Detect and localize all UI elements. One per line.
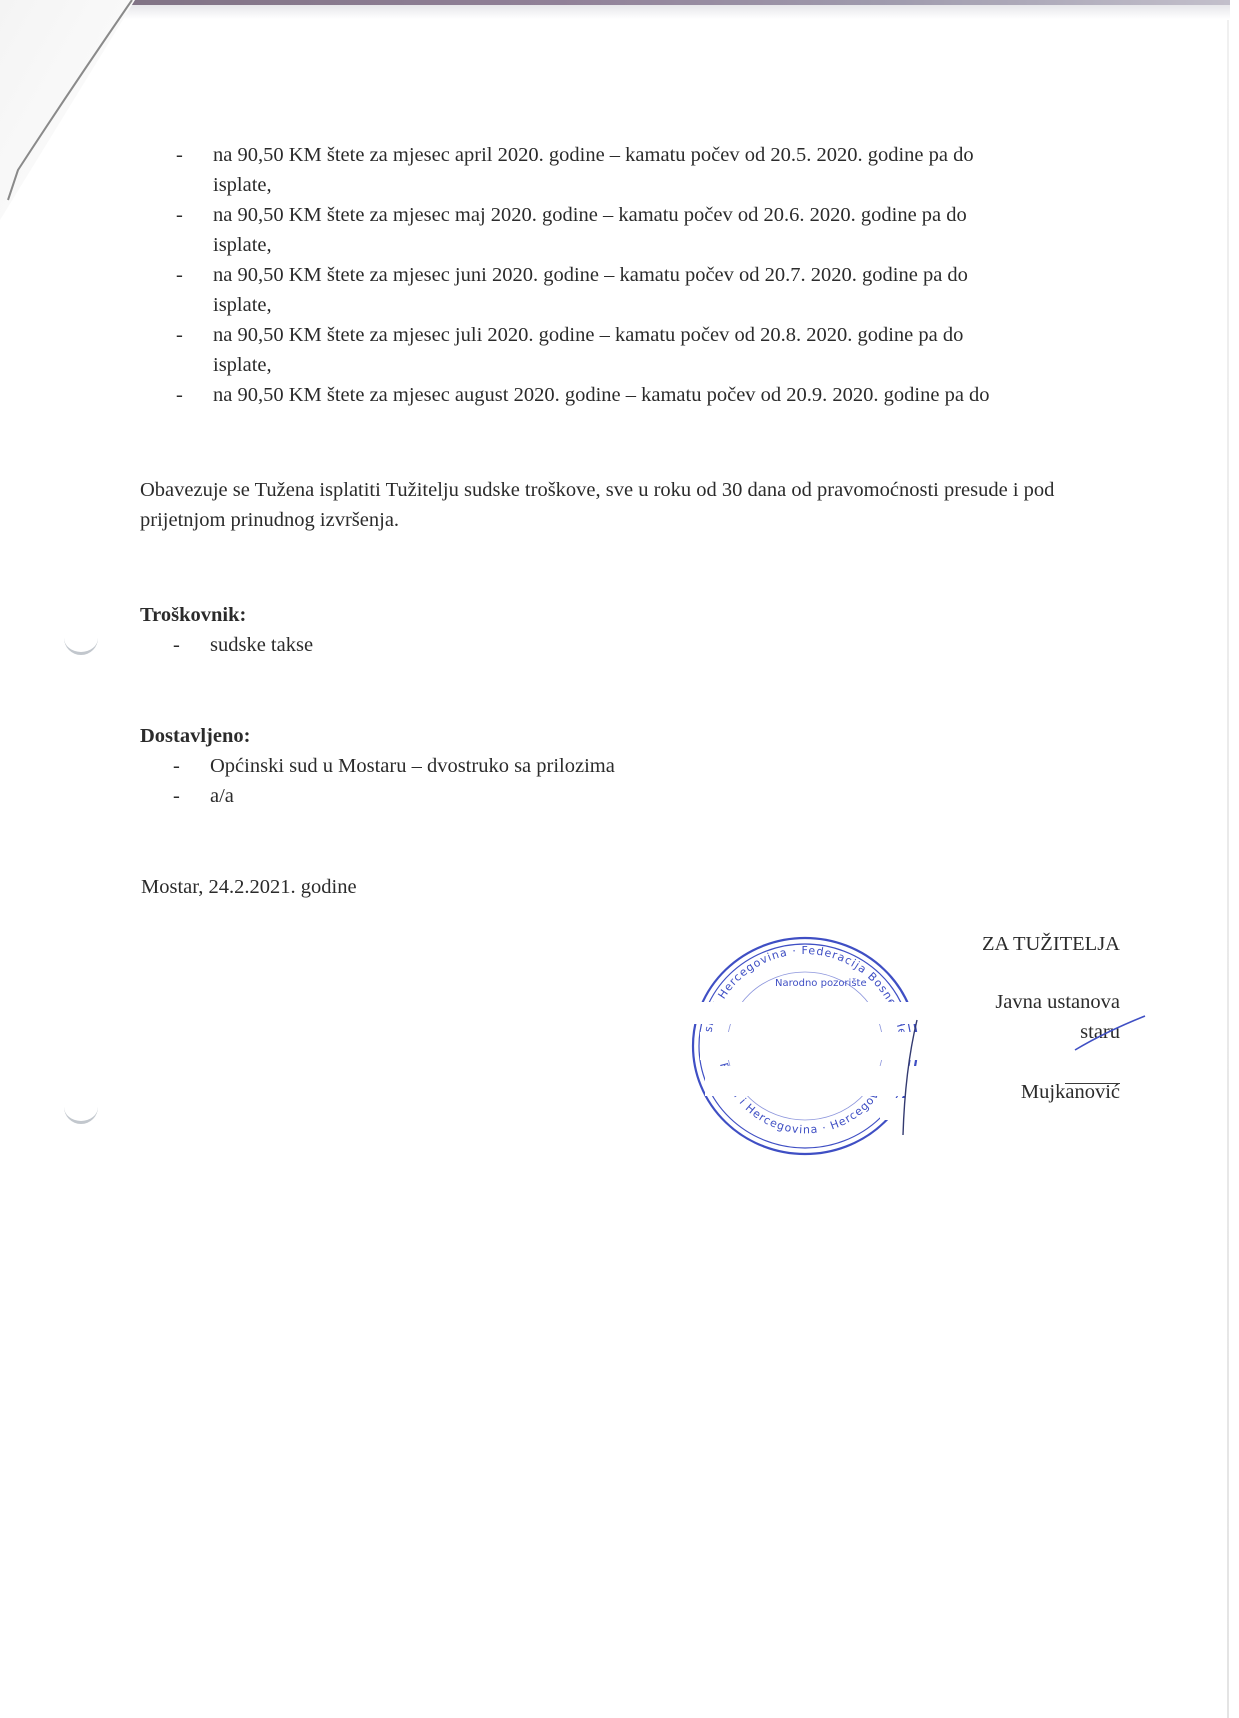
punch-hole — [64, 1105, 98, 1124]
delivered-section: Dostavljeno: - Općinski sud u Mostaru – … — [140, 721, 545, 811]
claim-item: -na 90,50 KM štete za mjesec maj 2020. g… — [213, 200, 990, 260]
claim-text: na 90,50 KM štete za mjesec maj 2020. go… — [213, 200, 990, 230]
signature-title: ZA TUŽITELJA — [965, 929, 1120, 959]
scan-shadow-top — [120, 5, 1230, 19]
redaction — [693, 1002, 993, 1024]
svg-text:Narodno pozorište: Narodno pozorište — [775, 977, 867, 989]
claim-item: -na 90,50 KM štete za mjesec august 2020… — [213, 380, 990, 410]
claim-continuation: isplate, — [213, 170, 990, 200]
list-item: - a/a — [210, 781, 615, 811]
fold-edge-line — [0, 0, 160, 220]
delivered-heading: Dostavljeno: — [140, 721, 545, 751]
delivered-list: - Općinski sud u Mostaru – dvostruko sa … — [210, 751, 615, 811]
claim-continuation: isplate, — [213, 230, 990, 260]
delivered-item: a/a — [210, 785, 234, 807]
dash-bullet: - — [176, 380, 183, 410]
signature-scribble — [1070, 1012, 1150, 1052]
dash-bullet: - — [176, 200, 183, 230]
claims-bullets: -na 90,50 KM štete za mjesec april 2020.… — [213, 140, 990, 410]
list-item: - sudske takse — [210, 630, 316, 660]
claim-item: -na 90,50 KM štete za mjesec juni 2020. … — [213, 260, 990, 320]
place-date: Mostar, 24.2.2021. godine — [141, 872, 357, 902]
dash-bullet: - — [173, 781, 180, 811]
signatory-name: Mujkanović — [965, 1077, 1120, 1107]
dash-bullet: - — [176, 320, 183, 350]
claim-text: na 90,50 KM štete za mjesec juni 2020. g… — [213, 260, 990, 290]
costs-section: Troškovnik: - sudske takse — [140, 600, 246, 660]
dash-bullet: - — [173, 630, 180, 660]
claim-item: -na 90,50 KM štete za mjesec april 2020.… — [213, 140, 990, 200]
claim-continuation: isplate, — [213, 350, 990, 380]
delivered-item: Općinski sud u Mostaru – dvostruko sa pr… — [210, 755, 615, 777]
claim-continuation: isplate, — [213, 290, 990, 320]
obligation-paragraph: Obavezuje se Tužena isplatiti Tužitelju … — [140, 475, 1130, 535]
costs-item: sudske takse — [210, 634, 313, 656]
dash-bullet: - — [176, 140, 183, 170]
dash-bullet: - — [176, 260, 183, 290]
claim-text: na 90,50 KM štete za mjesec april 2020. … — [213, 140, 990, 170]
signature-stroke — [895, 1010, 925, 1140]
list-item: - Općinski sud u Mostaru – dvostruko sa … — [210, 751, 615, 781]
claim-item: -na 90,50 KM štete za mjesec juli 2020. … — [213, 320, 990, 380]
dash-bullet: - — [173, 751, 180, 781]
costs-list: - sudske takse — [210, 630, 316, 660]
scan-edge-right — [1227, 20, 1229, 1718]
claim-text: na 90,50 KM štete za mjesec juli 2020. g… — [213, 320, 990, 350]
punch-hole — [64, 636, 98, 655]
costs-heading: Troškovnik: — [140, 600, 246, 630]
signature-line — [1065, 1083, 1120, 1084]
claim-text: na 90,50 KM štete za mjesec august 2020.… — [213, 380, 990, 410]
